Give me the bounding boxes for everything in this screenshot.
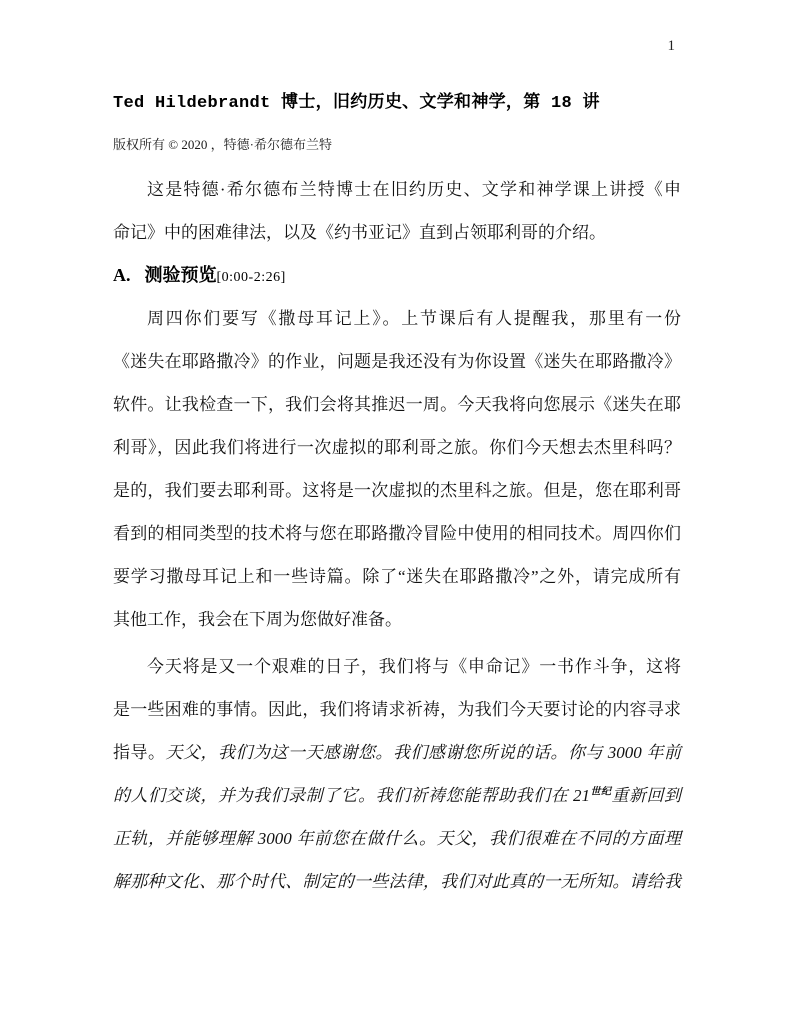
text-line: 软件。让我检查一下，我们会将其推迟一周。今天我将向您展示《迷失在耶 bbox=[113, 383, 681, 426]
text-line: 是的，我们要去耶利哥。这将是一次虚拟的杰里科之旅。但是，您在耶利哥 bbox=[113, 469, 681, 512]
text-line: 周四你们要写《撒母耳记上》。上节课后有人提醒我，那里有一份 bbox=[113, 297, 681, 340]
section-a-heading: A.测验预览[0:00-2:26] bbox=[113, 254, 681, 297]
quiz-paragraph: 周四你们要写《撒母耳记上》。上节课后有人提醒我，那里有一份 《迷失在耶路撒冷》的… bbox=[113, 297, 681, 641]
prayer-paragraph: 今天将是又一个艰难的日子，我们将与《申命记》一书作斗争，这将 是一些困难的事情。… bbox=[113, 645, 681, 903]
text-line: 正轨，并能够理解 3000 年前您在做什么。天父，我们很难在不同的方面理 bbox=[113, 817, 681, 860]
text-line: 是一些困难的事情。因此，我们将请求祈祷，为我们今天要讨论的内容寻求 bbox=[113, 688, 681, 731]
superscript-century: 世纪 bbox=[590, 786, 612, 797]
text-line: 的人们交谈，并为我们录制了它。我们祈祷您能帮助我们在 21世纪重新回到 bbox=[113, 774, 681, 817]
intro-paragraph: 这是特德·希尔德布兰特博士在旧约历史、文学和神学课上讲授《申 命记》中的困难律法… bbox=[113, 168, 681, 254]
section-label: A. bbox=[113, 265, 131, 285]
text-segment: 指导。 bbox=[113, 743, 166, 762]
text-line: 《迷失在耶路撒冷》的作业，问题是我还没有为你设置《迷失在耶路撒冷》 bbox=[113, 340, 681, 383]
section-timestamp: [0:00-2:26] bbox=[217, 270, 286, 285]
text-line: 利哥》，因此我们将进行一次虚拟的耶利哥之旅。你们今天想去杰里科吗？ bbox=[113, 426, 681, 469]
text-line: 要学习撒母耳记上和一些诗篇。除了“迷失在耶路撒冷”之外，请完成所有 bbox=[113, 555, 681, 598]
text-line: 今天将是又一个艰难的日子，我们将与《申命记》一书作斗争，这将 bbox=[113, 645, 681, 688]
section-title: 测验预览 bbox=[145, 265, 217, 285]
text-line: 指导。天父，我们为这一天感谢您。我们感谢您所说的话。你与 3000 年前 bbox=[113, 731, 681, 774]
prayer-italic-segment: 重新回到 bbox=[612, 786, 682, 805]
document-page: 1 Ted Hildebrandt 博士，旧约历史、文学和神学，第 18 讲 版… bbox=[0, 0, 791, 1024]
text-line: 这是特德·希尔德布兰特博士在旧约历史、文学和神学课上讲授《申 bbox=[113, 168, 681, 211]
text-line: 看到的相同类型的技术将与您在耶路撒冷冒险中使用的相同技术。周四你们 bbox=[113, 512, 681, 555]
text-line: 命记》中的困难律法，以及《约书亚记》直到占领耶利哥的介绍。 bbox=[113, 211, 681, 254]
copyright-line: 版权所有 © 2020 ，特德·希尔德布兰特 bbox=[113, 136, 681, 154]
text-line: 解那种文化、那个时代、制定的一些法律，我们对此真的一无所知。请给我 bbox=[113, 860, 681, 903]
document-title: Ted Hildebrandt 博士，旧约历史、文学和神学，第 18 讲 bbox=[113, 92, 681, 116]
prayer-italic-segment: 天父，我们为这一天感谢您。我们感谢您所说的话。你与 3000 年前 bbox=[166, 743, 682, 762]
page-number: 1 bbox=[113, 36, 681, 56]
text-line: 其他工作，我会在下周为您做好准备。 bbox=[113, 598, 681, 641]
prayer-italic-segment: 的人们交谈，并为我们录制了它。我们祈祷您能帮助我们在 21 bbox=[113, 786, 590, 805]
document-body: 这是特德·希尔德布兰特博士在旧约历史、文学和神学课上讲授《申 命记》中的困难律法… bbox=[113, 168, 681, 903]
